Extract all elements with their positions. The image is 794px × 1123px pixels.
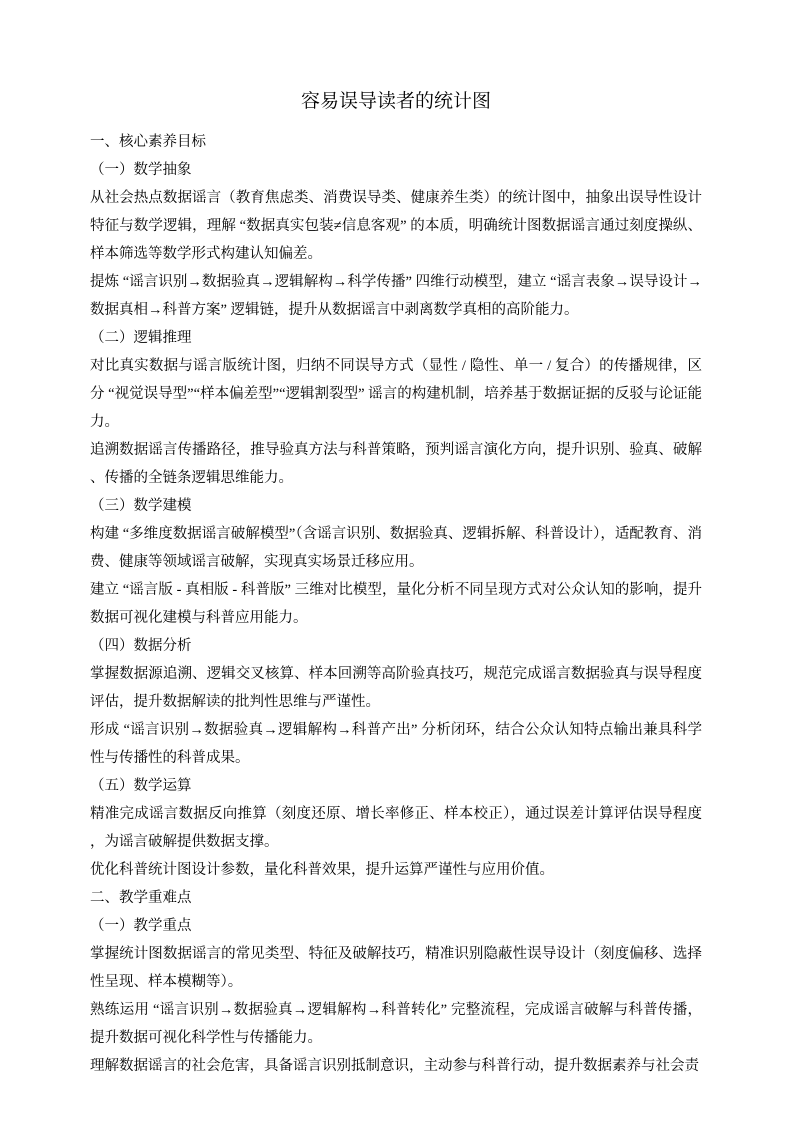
paragraph: 对比真实数据与谣言版统计图，归纳不同误导方式（显性 / 隐性、单一 / 复合）的… bbox=[90, 352, 702, 436]
paragraph: 提炼 “谣言识别→数据验真→逻辑解构→科学传播” 四维行动模型，建立 “谣言表象… bbox=[90, 268, 702, 324]
section-heading: 一、核心素养目标 bbox=[90, 128, 702, 156]
paragraph: 精准完成谣言数据反向推算（刻度还原、增长率修正、样本校正），通过误差计算评估误导… bbox=[90, 800, 702, 856]
sub-heading: （四）数据分析 bbox=[90, 632, 702, 660]
paragraph: 构建 “多维度数据谣言破解模型”（含谣言识别、数据验真、逻辑拆解、科普设计），适… bbox=[90, 520, 702, 576]
paragraph: 掌握统计图数据谣言的常见类型、特征及破解技巧，精准识别隐蔽性误导设计（刻度偏移、… bbox=[90, 940, 702, 996]
document-title: 容易误导读者的统计图 bbox=[90, 86, 702, 118]
sub-heading: （五）数学运算 bbox=[90, 772, 702, 800]
document-page: 容易误导读者的统计图 一、核心素养目标（一）数学抽象从社会热点数据谣言（教育焦虑… bbox=[0, 0, 794, 1123]
sub-heading: （一）数学抽象 bbox=[90, 156, 702, 184]
document-body: 一、核心素养目标（一）数学抽象从社会热点数据谣言（教育焦虑类、消费误导类、健康养… bbox=[90, 128, 702, 1080]
paragraph: 优化科普统计图设计参数，量化科普效果，提升运算严谨性与应用价值。 bbox=[90, 856, 702, 884]
paragraph: 追溯数据谣言传播路径，推导验真方法与科普策略，预判谣言演化方向，提升识别、验真、… bbox=[90, 436, 702, 492]
section-heading: 二、教学重难点 bbox=[90, 884, 702, 912]
sub-heading: （二）逻辑推理 bbox=[90, 324, 702, 352]
paragraph: 从社会热点数据谣言（教育焦虑类、消费误导类、健康养生类）的统计图中，抽象出误导性… bbox=[90, 184, 702, 268]
document-content: 容易误导读者的统计图 一、核心素养目标（一）数学抽象从社会热点数据谣言（教育焦虑… bbox=[90, 86, 702, 1080]
paragraph: 掌握数据源追溯、逻辑交叉核算、样本回溯等高阶验真技巧，规范完成谣言数据验真与误导… bbox=[90, 660, 702, 716]
sub-heading: （一）教学重点 bbox=[90, 912, 702, 940]
paragraph: 建立 “谣言版 - 真相版 - 科普版” 三维对比模型，量化分析不同呈现方式对公… bbox=[90, 576, 702, 632]
paragraph: 形成 “谣言识别→数据验真→逻辑解构→科普产出” 分析闭环，结合公众认知特点输出… bbox=[90, 716, 702, 772]
sub-heading: （三）数学建模 bbox=[90, 492, 702, 520]
paragraph: 理解数据谣言的社会危害，具备谣言识别抵制意识，主动参与科普行动，提升数据素养与社… bbox=[90, 1052, 702, 1080]
paragraph: 熟练运用 “谣言识别→数据验真→逻辑解构→科普转化” 完整流程，完成谣言破解与科… bbox=[90, 996, 702, 1052]
